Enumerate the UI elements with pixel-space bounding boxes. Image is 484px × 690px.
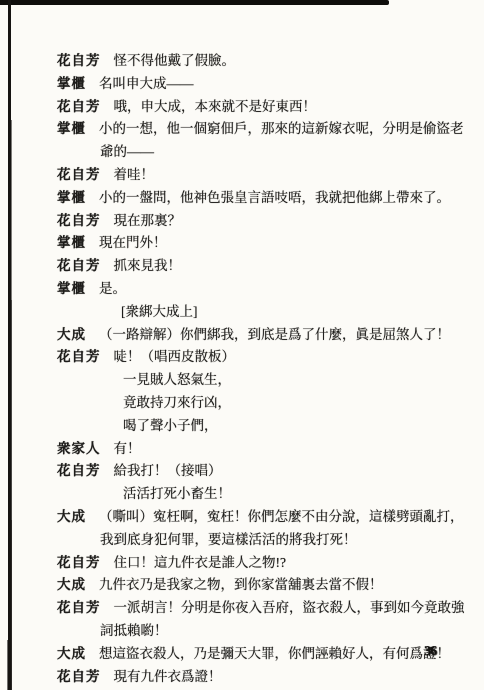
dialogue-text: 哦，申大成，本來就不是好東西！: [114, 99, 317, 114]
dialogue-text: 給我打！（接唱）: [114, 463, 222, 478]
dialogue-text: 想這盜衣殺人，乃是彌天大罪，你們誣賴好人，有何爲證！: [99, 646, 450, 661]
scan-artifact-top-bar: [0, 0, 389, 5]
verse-text: 喝了聲小子們，: [123, 418, 218, 433]
script-line: 一見賊人怒氣生，: [0, 369, 484, 392]
verse-text: 竟敢持刀來行凶，: [123, 395, 231, 410]
speaker-name: 掌櫃: [57, 235, 86, 250]
dialogue-text: 一派胡言！分明是你夜入吾府，盜衣殺人，事到如今竟敢強: [114, 600, 465, 615]
script-line: 掌櫃小的一想，他一個窮佃戶，那來的這新嫁衣呢，分明是偷盜老: [0, 118, 484, 141]
speaker-name: 花自芳: [57, 167, 101, 182]
dialogue-text: （嘶叫）寃枉啊，寃枉！你們怎麼不由分說，這樣劈頭亂打，: [99, 509, 464, 524]
script-content: 花自芳怪不得他戴了假臉。掌櫃名叫申大成——花自芳哦，申大成，本來就不是好東西！掌…: [0, 50, 484, 688]
script-line: 活活打死小畜生！: [0, 483, 484, 506]
dialogue-text: 現在那裏？: [114, 213, 182, 228]
speaker-name: 花自芳: [57, 213, 101, 228]
speaker-name: 衆家人: [57, 441, 101, 456]
speaker-name: 大成: [57, 327, 86, 342]
continuation-text: 詞抵賴喲！: [100, 623, 168, 638]
speaker-name: 花自芳: [57, 463, 101, 478]
script-line: [衆綁大成上]: [0, 301, 484, 324]
script-line: 喝了聲小子們，: [0, 415, 484, 438]
speaker-name: 花自芳: [57, 669, 101, 684]
script-line: 掌櫃是。: [0, 278, 484, 301]
script-line: 花自芳抓來見我！: [0, 255, 484, 278]
script-line: 花自芳現在那裏？: [0, 210, 484, 233]
dialogue-text: （一路辯解）你們綁我，到底是爲了什麼，眞是屈煞人了！: [99, 327, 450, 342]
speaker-name: 掌櫃: [57, 121, 86, 136]
continuation-text: 爺的——: [100, 144, 154, 159]
script-line: 花自芳一派胡言！分明是你夜入吾府，盜衣殺人，事到如今竟敢強: [0, 597, 484, 620]
dialogue-text: 有！: [114, 441, 141, 456]
script-line: 花自芳現有九件衣爲證！: [0, 666, 484, 689]
speaker-name: 掌櫃: [57, 76, 86, 91]
script-line: 掌櫃現在門外！: [0, 232, 484, 255]
dialogue-text: 現在門外！: [99, 235, 167, 250]
verse-text: 一見賊人怒氣生，: [123, 372, 231, 387]
speaker-name: 大成: [57, 646, 86, 661]
script-line: 竟敢持刀來行凶，: [0, 392, 484, 415]
speaker-name: 掌櫃: [57, 281, 86, 296]
dialogue-text: 是。: [99, 281, 126, 296]
script-line: 詞抵賴喲！: [0, 620, 484, 643]
script-line: 花自芳着哇！: [0, 164, 484, 187]
script-line: 大成（嘶叫）寃枉啊，寃枉！你們怎麼不由分說，這樣劈頭亂打，: [0, 506, 484, 529]
dialogue-text: 住口！這九件衣是誰人之物!?: [114, 555, 287, 570]
script-line: 花自芳住口！這九件衣是誰人之物!?: [0, 552, 484, 575]
speaker-name: 花自芳: [57, 349, 101, 364]
dialogue-text: 抓來見我！: [114, 258, 182, 273]
dialogue-text: 怪不得他戴了假臉。: [114, 53, 236, 68]
dialogue-text: 小的一盤問，他神色張皇言語吱唔，我就把他綁上帶來了。: [99, 190, 450, 205]
script-line: 爺的——: [0, 141, 484, 164]
script-line: 大成想這盜衣殺人，乃是彌天大罪，你們誣賴好人，有何爲證！: [0, 643, 484, 666]
speaker-name: 花自芳: [57, 53, 101, 68]
script-line: 衆家人有！: [0, 438, 484, 461]
dialogue-text: 小的一想，他一個窮佃戶，那來的這新嫁衣呢，分明是偷盜老: [99, 121, 464, 136]
dialogue-text: 名叫申大成——: [99, 76, 194, 91]
speaker-name: 大成: [57, 577, 86, 592]
script-line: 花自芳怪不得他戴了假臉。: [0, 50, 484, 73]
verse-text: 活活打死小畜生！: [123, 486, 231, 501]
script-line: 大成九件衣乃是我家之物，到你家當舖裏去當不假！: [0, 574, 484, 597]
script-line: 大成（一路辯解）你們綁我，到底是爲了什麼，眞是屈煞人了！: [0, 324, 484, 347]
dialogue-text: 現有九件衣爲證！: [114, 669, 222, 684]
dialogue-text: 唗！（唱西皮散板）: [114, 349, 236, 364]
script-line: 我到底身犯何罪，要這樣活活的將我打死！: [0, 529, 484, 552]
script-line: 掌櫃名叫申大成——: [0, 73, 484, 96]
speaker-name: 花自芳: [57, 555, 101, 570]
continuation-text: 我到底身犯何罪，要這樣活活的將我打死！: [100, 532, 357, 547]
speaker-name: 大成: [57, 509, 86, 524]
stage-text: [衆綁大成上]: [121, 304, 198, 319]
script-line: 掌櫃小的一盤問，他神色張皇言語吱唔，我就把他綁上帶來了。: [0, 187, 484, 210]
dialogue-text: 着哇！: [114, 167, 155, 182]
script-line: 花自芳唗！（唱西皮散板）: [0, 346, 484, 369]
dialogue-text: 九件衣乃是我家之物，到你家當舖裏去當不假！: [99, 577, 383, 592]
script-line: 花自芳給我打！（接唱）: [0, 460, 484, 483]
speaker-name: 花自芳: [57, 99, 101, 114]
script-line: 花自芳哦，申大成，本來就不是好東西！: [0, 96, 484, 119]
scanned-page: { "page": { "number": "36" }, "script": …: [0, 0, 484, 690]
speaker-name: 花自芳: [57, 600, 101, 615]
speaker-name: 掌櫃: [57, 190, 86, 205]
page-number: 36: [424, 644, 436, 660]
speaker-name: 花自芳: [57, 258, 101, 273]
